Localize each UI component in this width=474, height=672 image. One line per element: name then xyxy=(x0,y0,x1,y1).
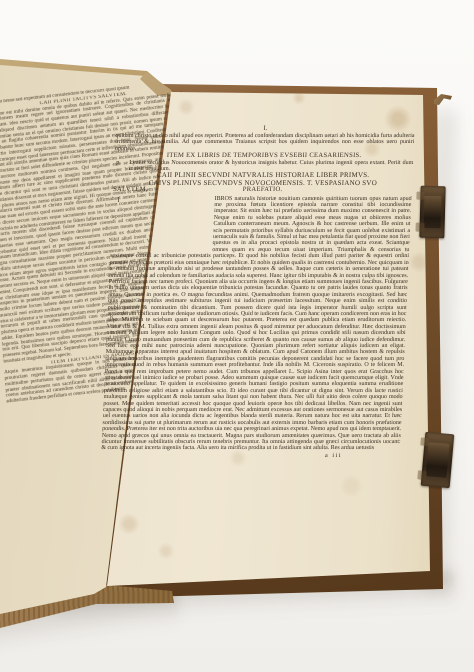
book-photo: perquam breue sed expeditum ad consulend… xyxy=(0,0,474,672)
clasp-plate xyxy=(424,196,442,228)
salutem-praefatio-line: SALVTEM, PRAEFATIO. xyxy=(113,187,412,194)
eusebius-text: Lynius secundus Nouocomensis orator & hy… xyxy=(129,160,414,172)
initial-letter-space xyxy=(110,196,214,248)
praefatio-label: PRAEFATIO. xyxy=(113,187,412,193)
intro-paragraph: quidam christo ut deo nihil apud eos rep… xyxy=(115,133,415,152)
folio-numeral: I. xyxy=(116,124,415,133)
heading-eusebius: ITEM EX LIBRIS DE TEMPORIBVS EVSEBII CEA… xyxy=(114,152,413,159)
preface-paragraph: l IBROS naturalis historiæ nouitium camœ… xyxy=(101,196,412,452)
right-page-text: I. quidam christo ut deo nihil apud eos … xyxy=(101,124,415,460)
clasp-plate xyxy=(426,442,450,478)
guide-letter-p: p xyxy=(116,160,119,166)
eusebius-paragraph: p Lynius secundus Nouocomensis orator & … xyxy=(114,160,414,173)
signature-mark: a iii xyxy=(101,452,400,460)
guide-letter-l: l xyxy=(117,197,119,203)
clasp-catch-upper xyxy=(419,186,445,239)
clasp-catch-lower xyxy=(421,432,455,488)
